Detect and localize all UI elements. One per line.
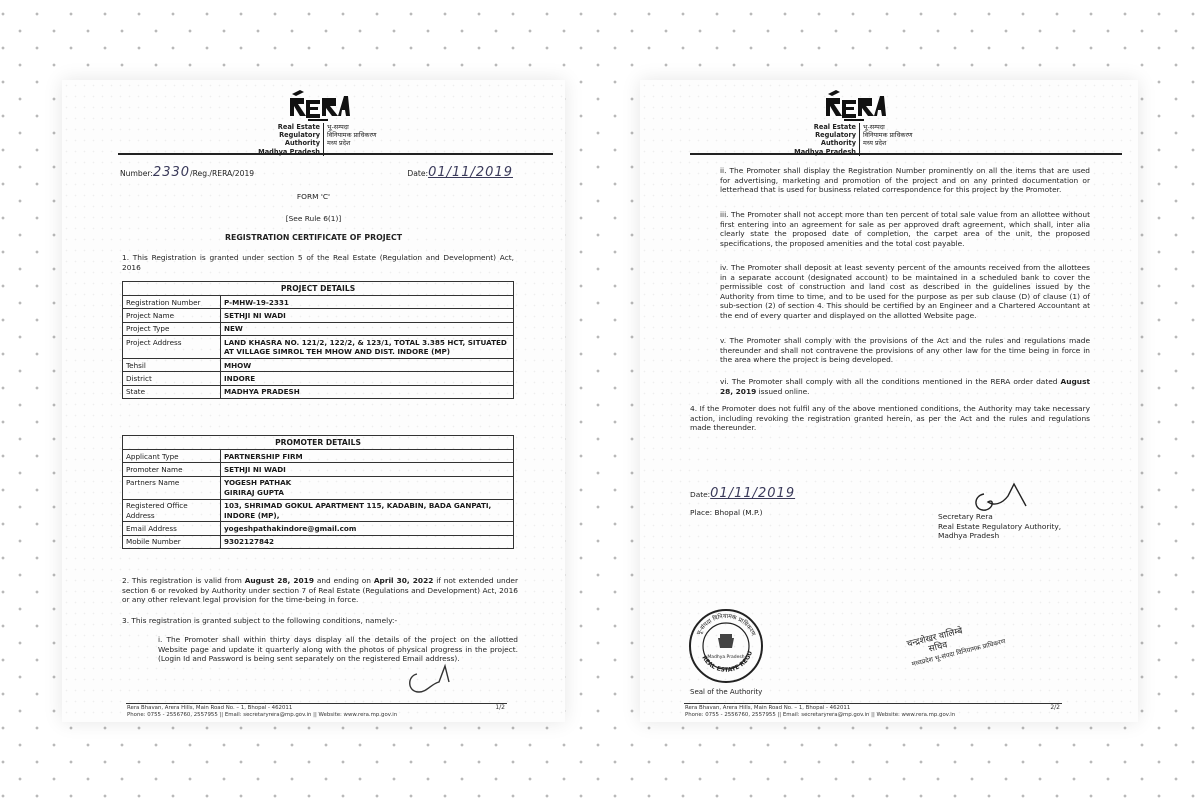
condition-v: v. The Promoter shall comply with the pr… [720, 336, 1090, 365]
condition-ii: ii. The Promoter shall display the Regis… [720, 166, 1090, 195]
rera-logo-icon [822, 90, 886, 122]
promoter-details-table: PROMOTER DETAILS Applicant TypePARTNERSH… [122, 435, 514, 549]
table-row: Partners NameYOGESH PATHAK GIRIRAJ GUPTA [123, 476, 514, 499]
svg-text:Madhya Pradesh: Madhya Pradesh [707, 654, 744, 660]
certificate-number: Number:2330/Reg./RERA/2019 [120, 165, 254, 180]
condition-iv: iv. The Promoter shall deposit at least … [720, 263, 1090, 321]
project-details-table: PROJECT DETAILS Registration NumberP-MHW… [122, 281, 514, 399]
field-value: SETHJI NI WADI [221, 463, 514, 476]
field-value: YOGESH PATHAK GIRIRAJ GUPTA [221, 476, 514, 499]
promoter-details-heading: PROMOTER DETAILS [123, 436, 514, 450]
field-value: 9302127842 [221, 535, 514, 548]
hindi-name-stamp: चन्द्रशेखर वालिम्बे सचिव मध्यप्रदेश भू-स… [906, 617, 1007, 669]
certificate-date: Date:01/11/2019 [407, 165, 513, 180]
footer-divider [684, 703, 1062, 704]
rera-logo: Real Estate Regulatory Authority Madhya … [254, 90, 394, 152]
field-value: 103, SHRIMAD GOKUL APARTMENT 115, KADABI… [221, 499, 514, 522]
handwritten-number: 2330 [153, 165, 190, 180]
table-row: Registration NumberP-MHW-19-2331 [123, 296, 514, 309]
table-row: Promoter NameSETHJI NI WADI [123, 463, 514, 476]
certificate-page-2: Real Estate Regulatory Authority Madhya … [640, 80, 1138, 722]
field-label: Registration Number [123, 296, 221, 309]
clause-2: 2. This registration is valid from Augus… [122, 576, 518, 605]
field-label: Tehsil [123, 359, 221, 372]
rule-reference: [See Rule 6(1)] [62, 214, 565, 223]
field-label: Project Name [123, 309, 221, 322]
clause-3: 3. This registration is granted subject … [122, 616, 518, 626]
field-value: P-MHW-19-2331 [221, 296, 514, 309]
table-row: Project AddressLAND KHASRA NO. 121/2, 12… [123, 336, 514, 359]
condition-i: i. The Promoter shall within thirty days… [158, 635, 518, 664]
handwritten-date: 01/11/2019 [710, 486, 795, 501]
table-row: TehsilMHOW [123, 359, 514, 372]
page-number: 1/2 [495, 704, 505, 711]
signatory-block: Secretary Rera Real Estate Regulatory Au… [938, 512, 1061, 541]
field-value: MADHYA PRADESH [221, 385, 514, 398]
field-label: Applicant Type [123, 450, 221, 463]
handwritten-date: 01/11/2019 [428, 165, 513, 180]
footer-address: Rera Bhavan, Arera Hills, Main Road No. … [685, 705, 955, 719]
table-row: Project TypeNEW [123, 322, 514, 335]
field-label: Registered Office Address [123, 499, 221, 522]
rera-logo: Real Estate Regulatory Authority Madhya … [790, 90, 930, 152]
field-label: Email Address [123, 522, 221, 535]
valid-from-date: August 28, 2019 [245, 576, 314, 585]
certificate-page-1: Real Estate Regulatory Authority Madhya … [62, 80, 565, 722]
field-value: LAND KHASRA NO. 121/2, 122/2, & 123/1, T… [221, 336, 514, 359]
field-label: Promoter Name [123, 463, 221, 476]
footer-address: Rera Bhavan, Arera Hills, Main Road No. … [127, 705, 397, 719]
table-row: DistrictINDORE [123, 372, 514, 385]
field-value: PARTNERSHIP FIRM [221, 450, 514, 463]
field-value: MHOW [221, 359, 514, 372]
table-row: Email Addressyogeshpathakindore@gmail.co… [123, 522, 514, 535]
signature-initials-icon [405, 662, 455, 696]
seal-caption: Seal of the Authority [690, 688, 762, 698]
field-value: SETHJI NI WADI [221, 309, 514, 322]
issue-date: Date:01/11/2019 [690, 489, 795, 500]
condition-vi: vi. The Promoter shall comply with all t… [720, 377, 1090, 396]
field-label: Project Type [123, 322, 221, 335]
table-row: StateMADHYA PRADESH [123, 385, 514, 398]
field-label: Partners Name [123, 476, 221, 499]
rera-logo-icon [286, 90, 350, 122]
secretary-signature-icon [970, 480, 1030, 516]
field-value: yogeshpathakindore@gmail.com [221, 522, 514, 535]
project-details-heading: PROJECT DETAILS [123, 282, 514, 296]
field-label: District [123, 372, 221, 385]
issue-place: Place: Bhopal (M.P.) [690, 508, 763, 518]
page-number: 2/2 [1050, 704, 1060, 711]
header-divider [690, 153, 1122, 155]
header-divider [118, 153, 553, 155]
footer-divider [126, 703, 507, 704]
field-label: Mobile Number [123, 535, 221, 548]
page-title: REGISTRATION CERTIFICATE OF PROJECT [62, 233, 565, 242]
clause-1: 1. This Registration is granted under se… [122, 253, 514, 272]
clause-4: 4. If the Promoter does not fulfil any o… [690, 404, 1090, 433]
table-row: Project NameSETHJI NI WADI [123, 309, 514, 322]
table-row: Applicant TypePARTNERSHIP FIRM [123, 450, 514, 463]
field-value: INDORE [221, 372, 514, 385]
valid-until-date: April 30, 2022 [374, 576, 434, 585]
form-label: FORM 'C' [62, 192, 565, 201]
field-label: State [123, 385, 221, 398]
table-row: Mobile Number9302127842 [123, 535, 514, 548]
table-row: Registered Office Address103, SHRIMAD GO… [123, 499, 514, 522]
authority-seal-icon: Madhya Pradesh REAL ESTATE REGULATORY AU… [688, 608, 764, 684]
field-value: NEW [221, 322, 514, 335]
field-label: Project Address [123, 336, 221, 359]
condition-iii: iii. The Promoter shall not accept more … [720, 210, 1090, 248]
